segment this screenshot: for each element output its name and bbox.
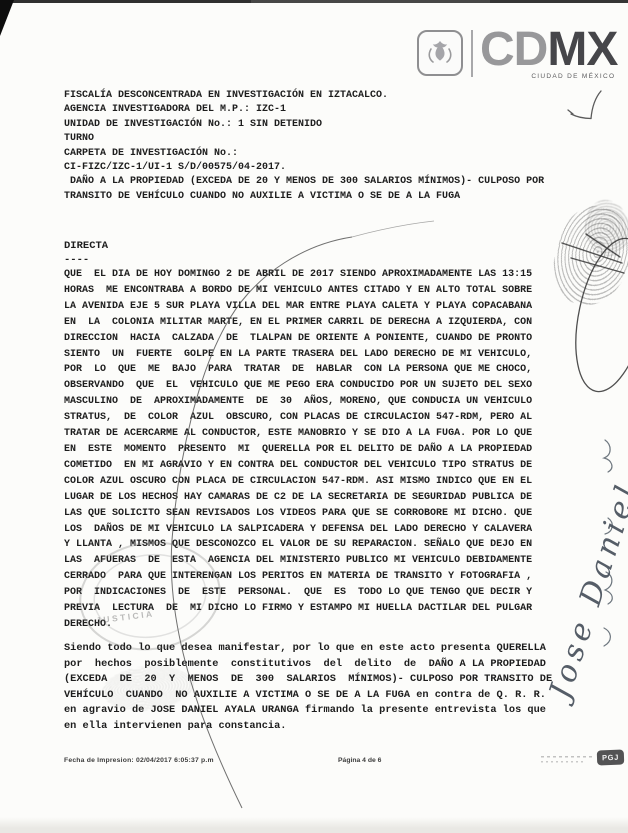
print-date-label: Fecha de Impresion: 02/04/2017 6:05:37 p… [64,757,214,764]
scan-top-edge [0,0,628,3]
diagonal-pen-line-tail [352,221,434,237]
section-heading-directa: DIRECTA ---- [64,240,108,267]
eagle-emblem-icon [417,30,463,76]
pgj-stamp: PGJ [597,750,625,766]
page-number: Página 4 de 6 [338,757,381,764]
scan-bottom-shadow [0,817,628,833]
document-header-block: FISCALÍA DESCONCENTRADA EN INVESTIGACIÓN… [64,89,584,204]
statement-paragraph: QUE EL DIA DE HOY DOMINGO 2 DE ABRIL DE … [64,267,580,633]
logo-divider [471,30,473,77]
scanned-document-page: CDMX CIUDAD DE MÉXICO FISCALÍA DESCONCEN… [0,0,628,833]
cdmx-logo: CDMX CIUDAD DE MÉXICO [417,30,617,80]
cdmx-wordmark: CDMX [480,30,617,70]
scan-corner-wedge [0,0,14,36]
cdmx-wordmark-cd: CD [480,23,547,76]
footer-faint-dashes [541,756,593,764]
cdmx-tagline: CIUDAD DE MÉXICO [531,73,615,80]
cdmx-wordmark-mx: MX [547,23,617,76]
